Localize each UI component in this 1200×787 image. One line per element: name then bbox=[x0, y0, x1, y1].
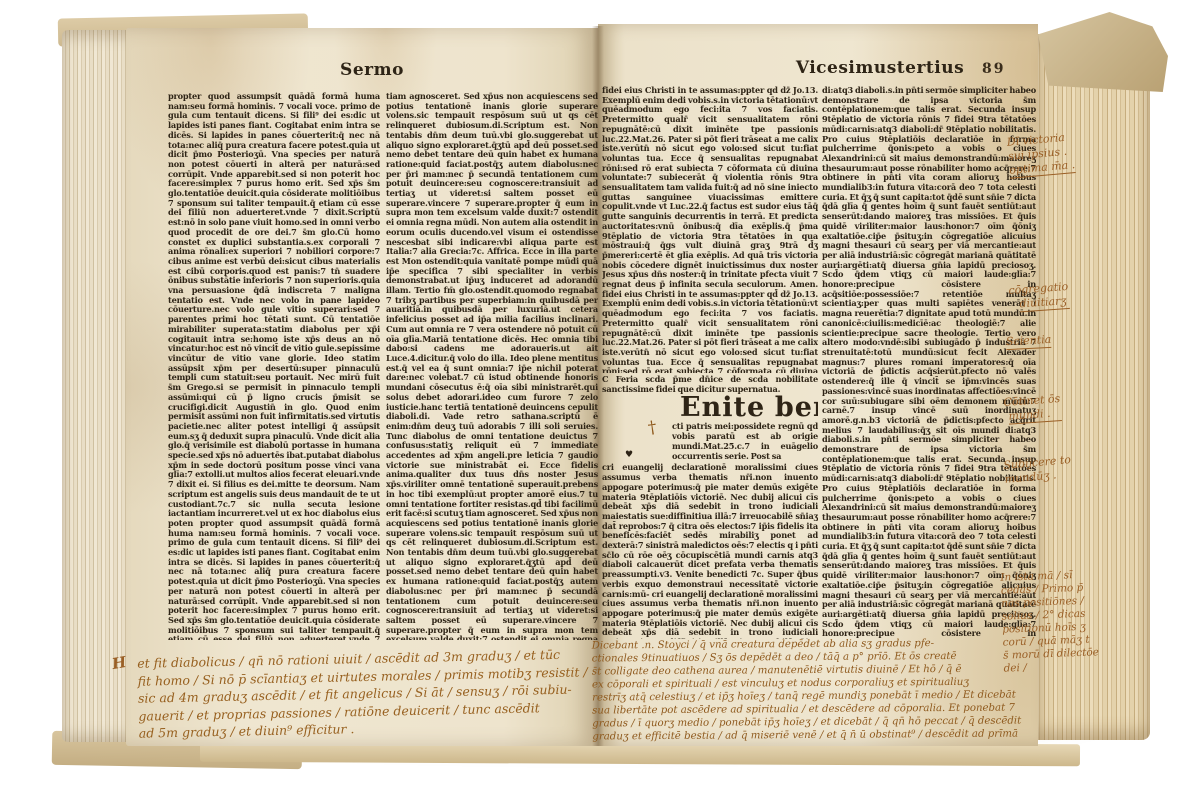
right-handwritten-note: Dicebant .n. Stoyci / q̄ vnā creatura de… bbox=[592, 637, 1022, 744]
marginal-note-scientia: Scientia bbox=[1006, 333, 1052, 350]
left-column-1: propter quod assumpsit quādā formā huma … bbox=[168, 92, 380, 640]
marginal-note-subiicere: Subijcere to mundūʒ . bbox=[1003, 453, 1073, 487]
marginal-note-victoria: Dī victoria sui ipsius . optima m̄a . bbox=[1006, 130, 1076, 179]
left-handwritten-note: et fit diabolicus / qn̄ nō rationi uiuit… bbox=[137, 645, 589, 742]
insertion-mark: H bbox=[111, 653, 128, 673]
printed-heart-guide-icon: ♥ bbox=[625, 450, 633, 460]
marginal-note-continet: Cōtinet ōs mundi . bbox=[1003, 392, 1062, 425]
display-heading: Enite benedi bbox=[680, 394, 818, 422]
section-rubric: C Feria scd̄a p̄me dn̄ice de scd̄a nobil… bbox=[602, 375, 818, 394]
worn-cover-corner bbox=[1038, 12, 1168, 92]
folio-number: 89 bbox=[982, 61, 1005, 77]
heading-continuation: cti patris mei:possidete regnū qd̄ vobis… bbox=[672, 422, 818, 462]
right-column-1-text: fidei eius Christi in te assumas:ppter q… bbox=[602, 86, 818, 373]
left-column-2: tiam agnosceret. Sed xp̄us non acquiesce… bbox=[386, 92, 598, 640]
right-column-1: fidei eius Christi in te assumas:ppter q… bbox=[602, 86, 818, 638]
right-column-2: di:atq3 diaboli.s.in pn̄ti sermōe simpli… bbox=[822, 86, 1036, 638]
photograph-of-open-incunable-book: Sermo propter quod assumpsit quādā formā… bbox=[0, 0, 1200, 787]
marginal-line: Scientia bbox=[1006, 333, 1052, 350]
marginal-note-congregatio: cōgregatio diuitiarʒ bbox=[1008, 280, 1070, 313]
right-running-title: Vicesimustertius bbox=[770, 58, 990, 78]
left-running-title: Sermo bbox=[272, 60, 472, 80]
right-column-1-rest: cri euangelij declarationē moralissimi c… bbox=[602, 463, 818, 639]
